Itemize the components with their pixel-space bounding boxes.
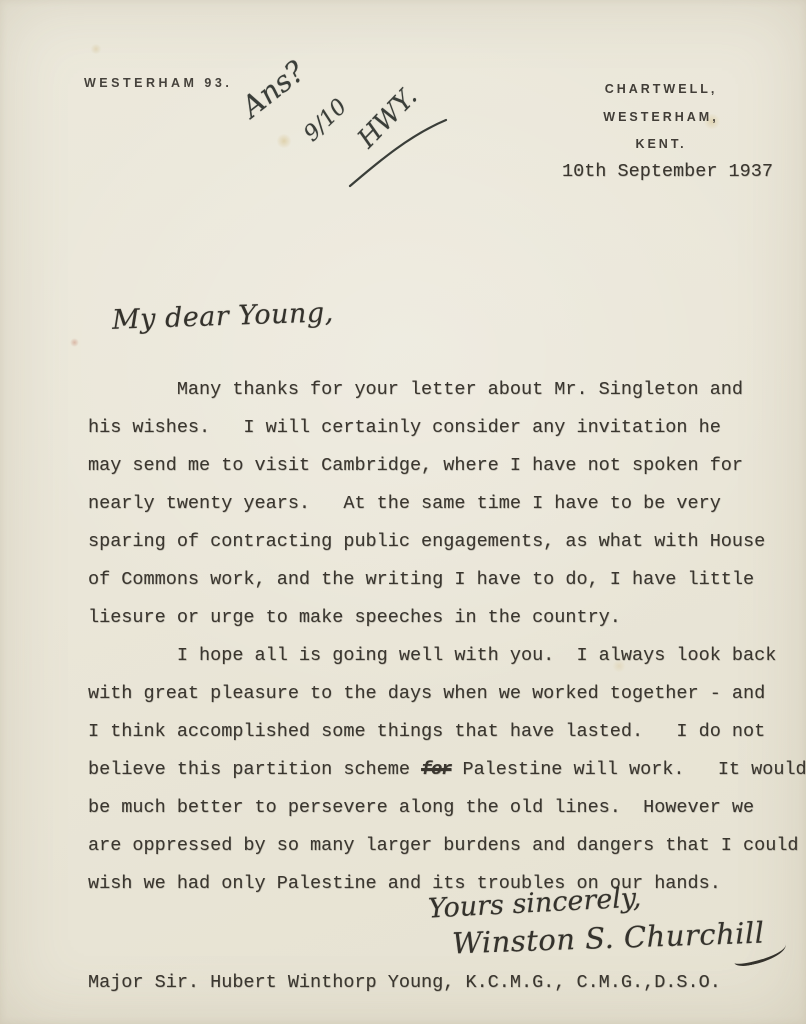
letter-line: be much better to persevere along the ol… xyxy=(88,789,800,827)
letter-line: with great pleasure to the days when we … xyxy=(88,675,800,713)
recipient-line: Major Sir. Hubert Winthorp Young, K.C.M.… xyxy=(88,972,721,993)
letter-line: sparing of contracting public engagement… xyxy=(88,523,800,561)
letterhead-address: CHARTWELL, WESTERHAM, KENT. xyxy=(570,76,752,159)
letter-line: are oppressed by so many larger burdens … xyxy=(88,827,800,865)
paper-stain xyxy=(70,338,79,347)
salutation: My dear Young, xyxy=(112,297,335,336)
letterhead-phone: WESTERHAM 93. xyxy=(84,76,232,90)
letter-document: WESTERHAM 93. Ans? 9/10 HWY. CHARTWELL, … xyxy=(0,0,806,1024)
letter-line: believe this partition scheme for Palest… xyxy=(88,751,800,789)
letter-date: 10th September 1937 xyxy=(562,161,773,182)
annotation-answered: Ans? xyxy=(235,54,311,124)
paper-stain xyxy=(276,134,292,148)
letter-line: I hope all is going well with you. I alw… xyxy=(88,637,800,675)
letter-line: I think accomplished some things that ha… xyxy=(88,713,800,751)
paper-stain xyxy=(90,44,102,54)
letter-line: liesure or urge to make speeches in the … xyxy=(88,599,800,637)
letter-line: nearly twenty years. At the same time I … xyxy=(88,485,800,523)
letterhead-line: CHARTWELL, xyxy=(570,76,752,104)
signature: Winston S. Churchill xyxy=(452,916,766,961)
letterhead-line: KENT. xyxy=(570,131,752,159)
letterhead-line: WESTERHAM, xyxy=(570,104,752,132)
letter-line: Many thanks for your letter about Mr. Si… xyxy=(88,371,800,409)
letter-line: may send me to visit Cambridge, where I … xyxy=(88,447,800,485)
initials-flourish-stroke xyxy=(346,114,450,192)
annotation-date-mark: 9/10 xyxy=(299,94,352,146)
letter-line: of Commons work, and the writing I have … xyxy=(88,561,800,599)
letter-body: Many thanks for your letter about Mr. Si… xyxy=(88,371,800,903)
letter-line: his wishes. I will certainly consider an… xyxy=(88,409,800,447)
